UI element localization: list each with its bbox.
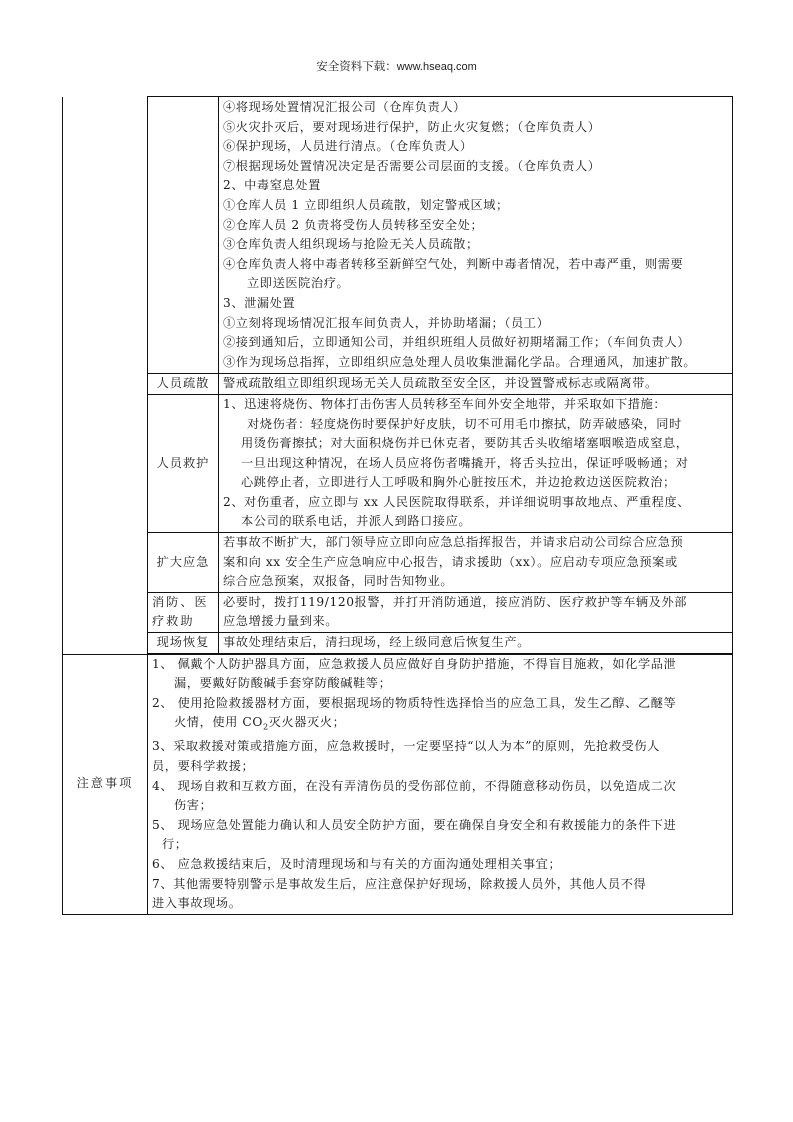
fire-medical-label-line: 消防、医: [152, 593, 214, 613]
note-item-2-cont-post: 灭火器灭火；: [269, 715, 346, 729]
note-item-2: 2、 使用抢险救援器材方面，要根据现场的物质特性选择恰当的应急工具，发生乙醇、乙…: [152, 694, 728, 714]
page-header: 安全资料下载：www.hseaq.com: [0, 58, 793, 74]
note-item-4: 4、 现场自救和互救方面，在没有弄清伤员的受伤部位前，不得随意移动伤员，以免造成…: [152, 777, 728, 797]
fire-medical-label: 消防、医 疗救助: [148, 592, 219, 632]
note-item-1: 1、 佩戴个人防护器具方面，应急救援人员应做好自身防护措施，不得盲目施救，如化学…: [152, 655, 728, 675]
rescue-line: 2、对伤重者，应立即与 xx 人民医院取得联系，并详细说明事故地点、严重程度、: [223, 493, 728, 513]
fire-medical-content: 必要时，拨打119/120报警，并打开消防通道，接应消防、医疗救护等车辆及外部 …: [219, 592, 733, 632]
emergency-procedure-table: ④将现场处置情况汇报公司（仓库负责人） ⑤火灾扑灭后，要对现场进行保护，防止火灾…: [62, 96, 733, 915]
note-item-5: 5、 现场应急处置能力确认和人员安全防护方面，要在确保自身安全和有救援能力的条件…: [152, 816, 728, 836]
note-item-3: 3、采取救援对策或措施方面，应急救援时，一定要坚持“以人为本”的原则，先抢救受伤…: [152, 737, 728, 757]
escalation-line: 案和向 xx 安全生产应急响应中心报告，请求援助（xx）。应启动专项应急预案或: [223, 553, 728, 573]
disposal-line: ③仓库负责人组织现场与抢险无关人员疏散；: [223, 235, 728, 255]
fire-medical-label-line: 疗救助: [152, 612, 214, 632]
note-item-7-cont: 进入事故现场。: [152, 894, 728, 914]
note-item-7: 7、其他需要特别警示是事故发生后，应注意保护好现场，除救援人员外，其他人员不得: [152, 875, 728, 895]
fire-medical-line: 应急增援力量到来。: [223, 612, 728, 632]
recovery-text: 事故处理结束后，清扫现场，经上级同意后恢复生产。: [223, 633, 728, 653]
table-row-disposal-continuation: ④将现场处置情况汇报公司（仓库负责人） ⑤火灾扑灭后，要对现场进行保护，防止火灾…: [63, 97, 733, 374]
rescue-line: 一旦出现这种情况，在场人员应将伤者嘴撬开，将舌头拉出，保证呼吸畅通；对: [223, 454, 728, 474]
escalation-content: 若事故不断扩大，部门领导应立即向应急总指挥报告，并请求启动公司综合应急预 案和向…: [219, 533, 733, 593]
disposal-content-cell: ④将现场处置情况汇报公司（仓库负责人） ⑤火灾扑灭后，要对现场进行保护，防止火灾…: [219, 97, 733, 374]
disposal-line: ③作为现场总指挥，立即组织应急处理人员收集泄漏化学品。合理通风，加速扩散。: [223, 353, 728, 373]
rescue-content: 1、迅速将烧伤、物体打击伤害人员转移至车间外安全地带，并采取如下措施： 对烧伤者…: [219, 394, 733, 532]
evacuation-text: 警戒疏散组立即组织现场无关人员疏散至安全区，并设置警戒标志或隔离带。: [223, 374, 728, 394]
note-item-6: 6、 应急救援结束后，及时清理现场和与有关的方面沟通处理相关事宜；: [152, 855, 728, 875]
note-item-4-cont: 伤害；: [152, 796, 728, 816]
left-category-cell: [63, 97, 148, 655]
note-item-2-cont-pre: 火情，使用 CO: [174, 715, 263, 729]
note-item-1-cont: 漏，要戴好防酸碱手套穿防酸碱鞋等；: [152, 674, 728, 694]
disposal-line: ①立刻将现场情况汇报车间负责人，并协助堵漏；（员工）: [223, 314, 728, 334]
header-label: 安全资料下载：: [316, 59, 397, 73]
disposal-line: ⑦根据现场处置情况决定是否需要公司层面的支援。（仓库负责人）: [223, 157, 728, 177]
evacuation-label: 人员疏散: [148, 374, 219, 395]
disposal-line: ②仓库人员 2 负责将受伤人员转移至安全处；: [223, 216, 728, 236]
table-row-rescue: 人员救护 1、迅速将烧伤、物体打击伤害人员转移至车间外安全地带，并采取如下措施：…: [63, 394, 733, 532]
rescue-label: 人员救护: [148, 394, 219, 532]
header-url[interactable]: www.hseaq.com: [397, 61, 477, 73]
section-heading-leak: 3、泄漏处置: [223, 294, 728, 314]
section-heading-poisoning: 2、中毒窒息处置: [223, 176, 728, 196]
disposal-line: ②接到通知后，立即通知公司，并组织班组人员做好初期堵漏工作；（车间负责人）: [223, 333, 728, 353]
recovery-content: 事故处理结束后，清扫现场，经上级同意后恢复生产。: [219, 633, 733, 654]
evacuation-content: 警戒疏散组立即组织现场无关人员疏散至安全区，并设置警戒标志或隔离带。: [219, 374, 733, 395]
escalation-label: 扩大应急: [148, 533, 219, 593]
rescue-line: 用烫伤膏擦拭；对大面积烧伤并已休克者，要防其舌头收缩堵塞咽喉造成窒息，: [223, 434, 728, 454]
disposal-line: ⑤火灾扑灭后，要对现场进行保护，防止火灾复燃；（仓库负责人）: [223, 118, 728, 138]
escalation-line: 若事故不断扩大，部门领导应立即向应急总指挥报告，并请求启动公司综合应急预: [223, 533, 728, 553]
disposal-line: ①仓库人员 1 立即组织人员疏散，划定警戒区域；: [223, 196, 728, 216]
table-row-escalation: 扩大应急 若事故不断扩大，部门领导应立即向应急总指挥报告，并请求启动公司综合应急…: [63, 533, 733, 593]
rescue-line: 心跳停止者，立即进行人工呼吸和胸外心脏按压术，并边抢救边送医院救治；: [223, 473, 728, 493]
table-row-evacuation: 人员疏散 警戒疏散组立即组织现场无关人员疏散至安全区，并设置警戒标志或隔离带。: [63, 374, 733, 395]
rescue-line: 本公司的联系电话，并派人到路口接应。: [223, 512, 728, 532]
note-item-2-cont: 火情，使用 CO2灭火器灭火；: [152, 713, 728, 737]
disposal-line: ⑥保护现场，人员进行清点。（仓库负责人）: [223, 137, 728, 157]
table-row-fire-medical: 消防、医 疗救助 必要时，拨打119/120报警，并打开消防通道，接应消防、医疗…: [63, 592, 733, 632]
note-item-3-cont: 员，要科学救援；: [152, 757, 728, 777]
table-row-notes: 注意事项 1、 佩戴个人防护器具方面，应急救援人员应做好自身防护措施，不得盲目施…: [63, 654, 733, 914]
disposal-line: ④将现场处置情况汇报公司（仓库负责人）: [223, 98, 728, 118]
fire-medical-line: 必要时，拨打119/120报警，并打开消防通道，接应消防、医疗救护等车辆及外部: [223, 593, 728, 613]
disposal-line: ④仓库负责人将中毒者转移至新鲜空气处，判断中毒者情况，若中毒严重，则需要: [223, 255, 728, 275]
disposal-label-cell: [148, 97, 219, 374]
note-item-5-cont: 行；: [152, 835, 728, 855]
table-row-recovery: 现场恢复 事故处理结束后，清扫现场，经上级同意后恢复生产。: [63, 633, 733, 654]
notes-label: 注意事项: [63, 654, 148, 914]
recovery-label: 现场恢复: [148, 633, 219, 654]
rescue-line: 对烧伤者：轻度烧伤时要保护好皮肤，切不可用毛巾擦拭，防弄破感染，同时: [223, 415, 728, 435]
rescue-line: 1、迅速将烧伤、物体打击伤害人员转移至车间外安全地带，并采取如下措施：: [223, 395, 728, 415]
escalation-line: 综合应急预案，双报备，同时告知物业。: [223, 572, 728, 592]
disposal-line: 立即送医院治疗。: [223, 274, 728, 294]
notes-content: 1、 佩戴个人防护器具方面，应急救援人员应做好自身防护措施，不得盲目施救，如化学…: [148, 654, 733, 914]
